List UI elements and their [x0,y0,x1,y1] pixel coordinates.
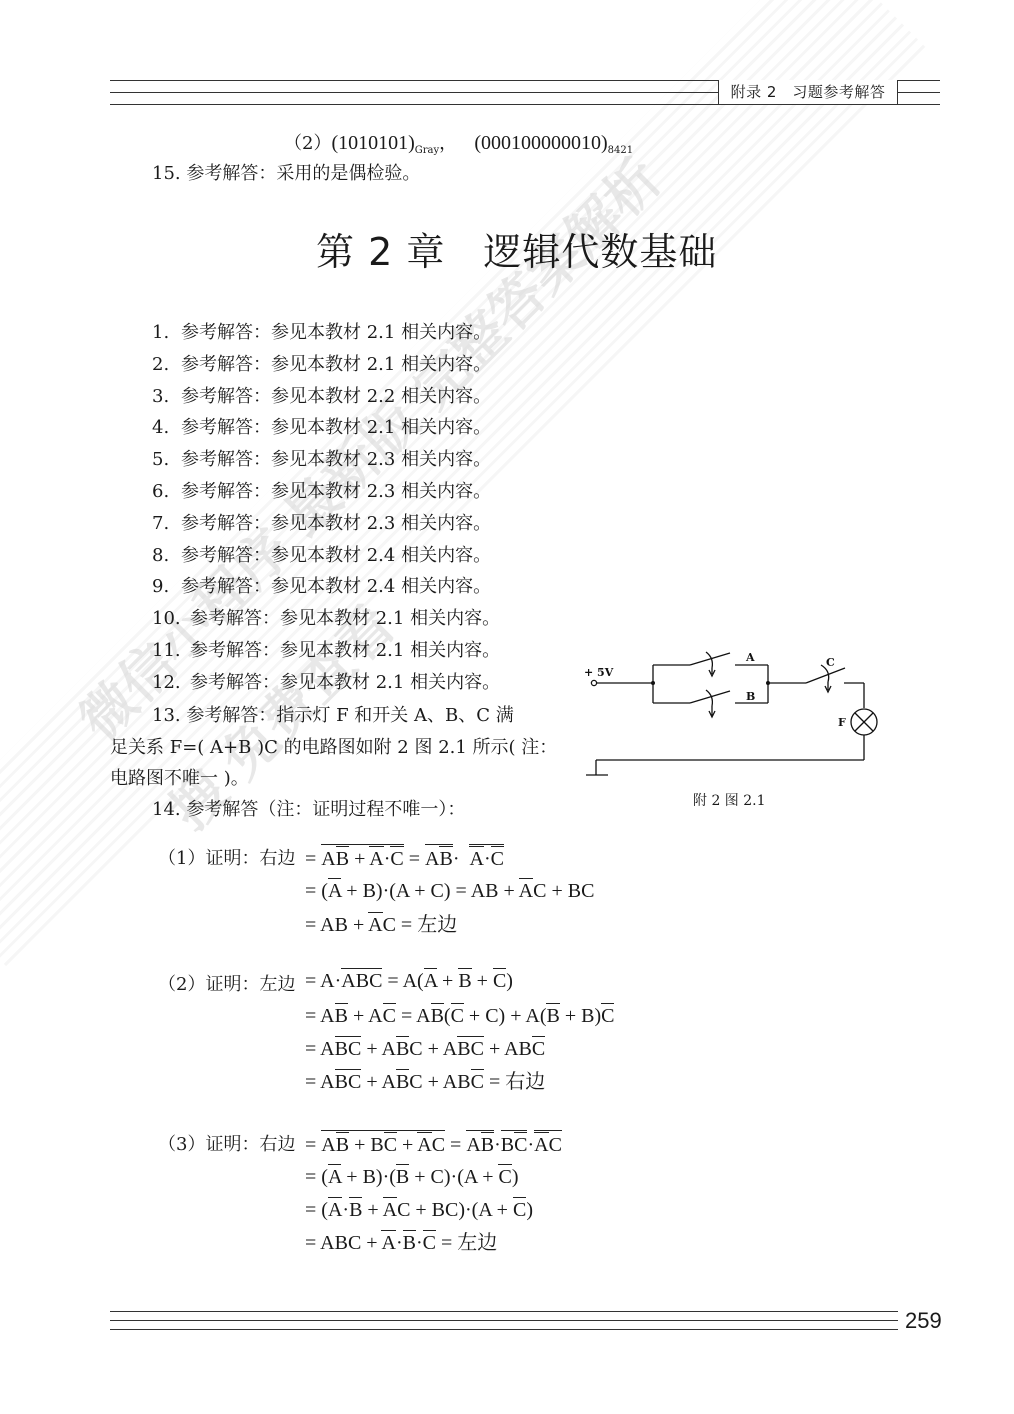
circuit-diagram: + 5V A B C F [580,640,890,790]
answer-item: 5.参考解答：参见本教材 2.3 相关内容。 [152,449,491,471]
answer-item: 12.参考解答：参见本教材 2.1 相关内容。 [152,672,500,694]
answer-number: 4. [152,417,181,439]
answer-text: 参考解答：参见本教材 2.4 相关内容。 [181,545,491,566]
answer-text: 参考解答：参见本教材 2.2 相关内容。 [181,386,491,407]
right-side-text: 右边 [505,1071,545,1093]
answer-item: 3.参考解答：参见本教材 2.2 相关内容。 [152,386,491,408]
running-head: 附录 2 习题参考解答 [718,80,898,104]
answer-number: 10. [152,608,190,630]
answer-item: 9.参考解答：参见本教材 2.4 相关内容。 [152,576,491,598]
answer-item: 4.参考解答：参见本教材 2.1 相关内容。 [152,417,491,439]
switch-a-label: A [745,651,755,664]
proof-label: （1）证明： [158,848,259,869]
answer-text: 参考解答：参见本教材 2.1 相关内容。 [190,672,500,693]
answer-text: 参考解答：参见本教材 2.1 相关内容。 [181,354,491,375]
item13-line1: 13. 参考解答：指示灯 F 和开关 A、B、C 满 [152,705,514,727]
answer-text: 参考解答：参见本教材 2.3 相关内容。 [181,481,491,502]
gray-code-value: (1010101) [331,132,414,154]
proof2-line2: = AB + AC = AB(C + C) + A(B + B)C [305,1005,614,1027]
proof-side: 右边 [259,1134,295,1155]
switch-c-label: C [826,656,835,669]
answer-text: 参考解答：参见本教材 2.4 相关内容。 [181,576,491,597]
answer-item: 1.参考解答：参见本教材 2.1 相关内容。 [152,322,491,344]
answer-item: 11.参考解答：参见本教材 2.1 相关内容。 [152,640,500,662]
proof2-line4: = ABC + ABC + ABC = 右边 [305,1071,545,1093]
answer-item: 7.参考解答：参见本教材 2.3 相关内容。 [152,513,491,535]
proof1-line3: = AB + AC = 左边 [305,914,457,936]
item13-line2: 足关系 F=( A+B )C 的电路图如附 2 图 2.1 所示( 注： [110,737,557,759]
answer-text: 参考解答：参见本教材 2.3 相关内容。 [181,449,491,470]
answer-number: 1. [152,322,181,344]
separator: ， [439,133,457,154]
proof2-label: （2）证明：左边 [158,974,295,996]
answer-text: 参考解答：参见本教材 2.1 相关内容。 [190,640,500,661]
footer-rule-bottom [110,1329,898,1330]
left-side-text: 左边 [417,914,457,936]
answer-number: 8. [152,545,181,567]
answer-text: 参考解答：参见本教材 2.3 相关内容。 [181,513,491,534]
bcd-code-value: (000100000010) [474,132,607,154]
proof2-line1: = A·ABC = A(A + B + C) [305,970,513,992]
proof3-line4: = ABC + A·B·C = 左边 [305,1232,497,1254]
proof-side: 右边 [259,848,295,869]
proof3-label: （3）证明：右边 [158,1134,295,1156]
chapter-number: 第 2 章 [316,230,445,274]
header-rule-bottom [110,104,940,105]
answer-number: 11. [152,640,190,662]
chapter-name: 逻辑代数基础 [483,230,717,274]
answer-number: 7. [152,513,181,535]
answer-text: 参考解答：参见本教材 2.1 相关内容。 [190,608,500,629]
page-number: 259 [905,1308,942,1334]
item13-line3: 电路图不唯一 )。 [110,768,249,790]
item14-intro: 14. 参考解答（注：证明过程不唯一）： [152,799,465,821]
switch-b-label: B [746,690,755,703]
part-label: （2） [284,133,331,154]
proof3-line3: = (A·B + AC + BC)·(A + C) [305,1199,533,1221]
proof3-line1: = AB + BC + AC = AB·BC·AC [305,1130,562,1156]
bcd-subscript: 8421 [608,145,633,156]
gray-subscript: Gray [415,145,439,156]
answer-item: 8.参考解答：参见本教材 2.4 相关内容。 [152,545,491,567]
answer-number: 2. [152,354,181,376]
footer-rule-middle [110,1320,898,1321]
answer-text: 参考解答：参见本教材 2.1 相关内容。 [181,322,491,343]
left-side-text: 左边 [457,1232,497,1254]
answer-item: 2.参考解答：参见本教材 2.1 相关内容。 [152,354,491,376]
answer-number: 3. [152,386,181,408]
proof3-line2: = (A + B)·(B + C)·(A + C) [305,1166,518,1188]
proof-label: （2）证明： [158,974,259,995]
chapter-title: 第 2 章逻辑代数基础 [316,228,717,276]
prev-item15: 15. 参考解答：采用的是偶检验。 [152,163,420,185]
source-label: + 5V [584,666,614,679]
proof2-line3: = ABC + ABC + ABC + ABC [305,1038,545,1060]
proof1-label: （1）证明：右边 [158,848,295,870]
proof1-line2: = (A + B)·(A + C) = AB + AC + BC [305,880,594,902]
proof-side: 左边 [259,974,295,995]
proof1-line1: = AB + A·C = AB· A·C [305,844,504,870]
figure-caption: 附 2 图 2.1 [693,790,766,810]
answer-number: 6. [152,481,181,503]
lamp-label: F [838,716,846,729]
answer-item: 6.参考解答：参见本教材 2.3 相关内容。 [152,481,491,503]
answer-number: 12. [152,672,190,694]
prev-item14-part2: （2）(1010101)Gray， (000100000010)8421 [284,132,633,162]
answer-number: 9. [152,576,181,598]
answer-item: 10.参考解答：参见本教材 2.1 相关内容。 [152,608,500,630]
answer-number: 5. [152,449,181,471]
proof-label: （3）证明： [158,1134,259,1155]
answer-text: 参考解答：参见本教材 2.1 相关内容。 [181,417,491,438]
footer-rule-top [110,1311,898,1312]
